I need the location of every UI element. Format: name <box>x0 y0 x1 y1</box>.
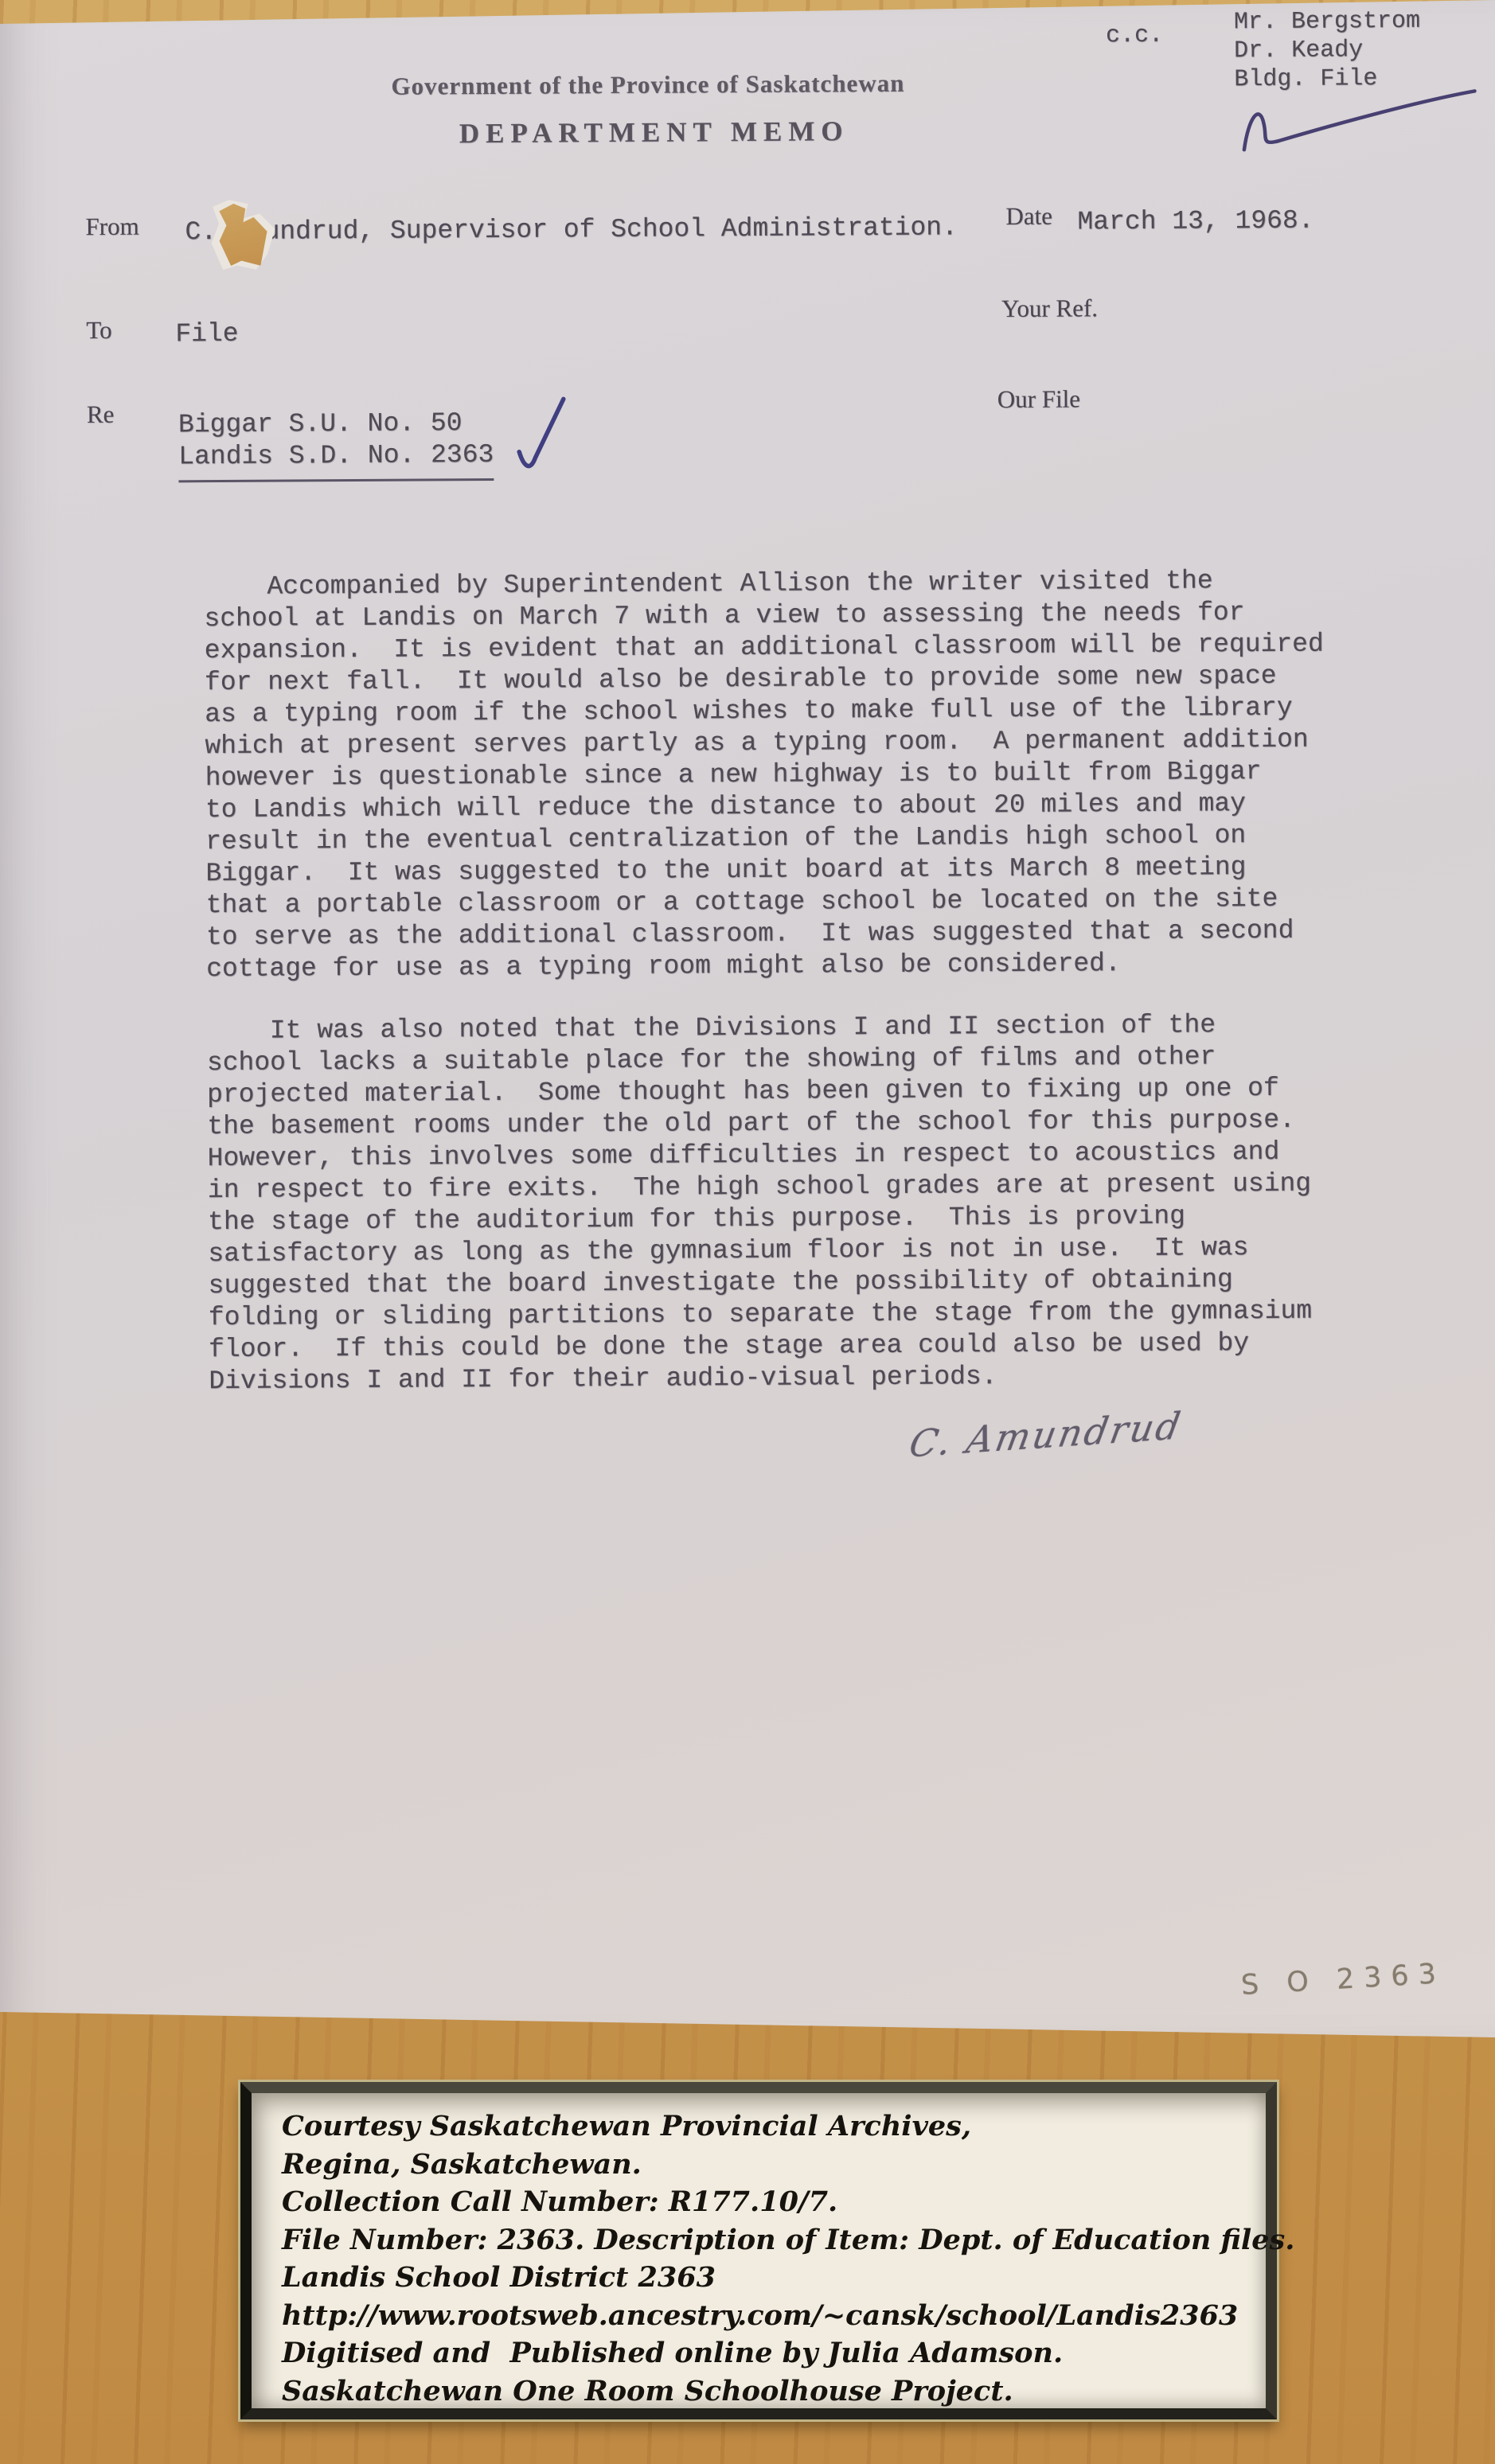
to-label: To <box>86 316 112 345</box>
header-org-line: Government of the Province of Saskatchew… <box>391 69 904 101</box>
from-value: C. Amundrud, Supervisor of School Admini… <box>185 212 958 248</box>
blue-checkmark <box>511 392 576 480</box>
header-memo-title: DEPARTMENT MEMO <box>459 115 849 150</box>
archive-caption-box: Courtesy Saskatchewan Provincial Archive… <box>240 2082 1277 2419</box>
pencil-file-number: S O 2363 <box>1240 1958 1446 2002</box>
re-subject-line1: Biggar S.U. No. 50 <box>178 407 463 441</box>
from-label: From <box>85 212 139 241</box>
re-label: Re <box>87 400 115 429</box>
date-value: March 13, 1968. <box>1077 205 1313 239</box>
cc-label: c.c. <box>1106 20 1163 52</box>
body-paragraph-1: Accompanied by Superintendent Allison th… <box>204 565 1325 986</box>
our-file-label: Our File <box>997 384 1080 414</box>
signature-handwritten: C. Amundrud <box>906 1404 1185 1466</box>
memo-typed-content: c.c. Mr. Bergstrom Dr. Keady Bldg. File … <box>0 0 1495 2044</box>
archive-caption-text: Courtesy Saskatchewan Provincial Archive… <box>282 2107 1294 2410</box>
to-value: File <box>175 318 238 350</box>
re-subject-line2: Landis S.D. No. 2363 <box>178 439 494 482</box>
your-ref-label: Your Ref. <box>1001 294 1098 323</box>
body-paragraph-2: It was also noted that the Divisions I a… <box>207 1009 1313 1398</box>
pen-flourish-mark <box>1221 67 1493 156</box>
memo-paper: c.c. Mr. Bergstrom Dr. Keady Bldg. File … <box>0 0 1495 2039</box>
date-label: Date <box>1005 202 1052 231</box>
